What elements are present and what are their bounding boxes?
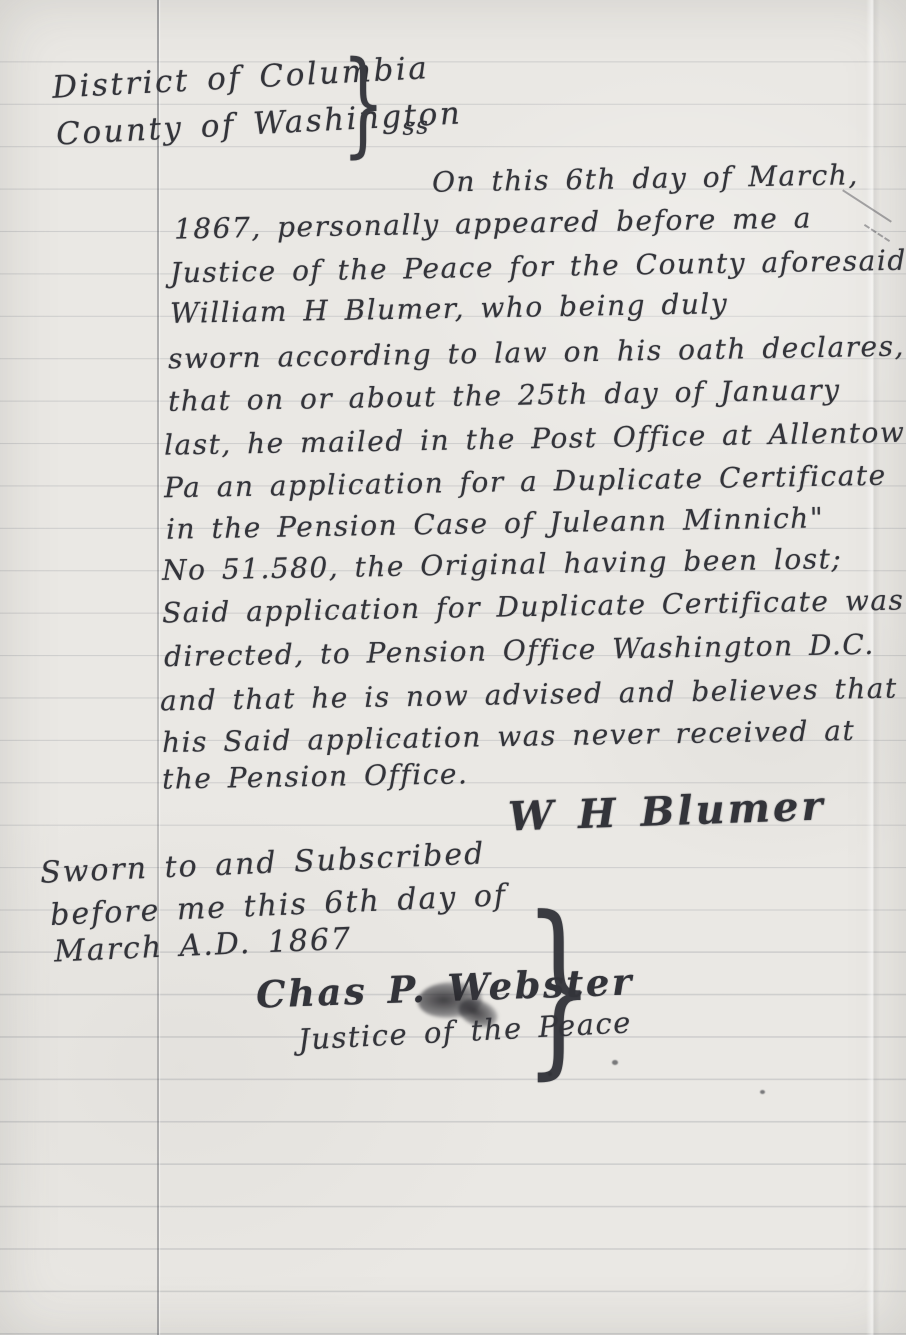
deponent-signature: W H Blumer (507, 782, 826, 840)
venue-brace: } (342, 46, 385, 159)
body-line: his Said application was never received … (162, 714, 856, 759)
body-line: and that he is now advised and believes … (160, 672, 898, 718)
body-line: On this 6th day of March, (432, 158, 859, 198)
venue-ss-mark: ss (401, 111, 431, 141)
body-line: William H Blumer, who being duly (170, 287, 729, 330)
body-line: the Pension Office. (162, 757, 469, 795)
ink-speck (548, 1072, 552, 1076)
ink-speck (612, 1060, 618, 1065)
body-line: sworn according to law on his oath decla… (168, 330, 905, 376)
fold-line (157, 0, 159, 1335)
body-line: Said application for Duplicate Certifica… (162, 584, 905, 630)
scanned-affidavit-page: District of Columbia County of Washingto… (0, 0, 906, 1335)
body-line: Justice of the Peace for the County afor… (170, 243, 906, 289)
body-line: Pa an application for a Duplicate Certif… (164, 459, 887, 505)
body-line: directed, to Pension Office Washington D… (164, 628, 875, 673)
right-crease (866, 0, 880, 1335)
body-line: that on or about the 25th day of January (168, 373, 841, 418)
ink-speck (760, 1090, 765, 1094)
body-line: No 51.580, the Original having been lost… (162, 542, 843, 587)
body-line: last, he mailed in the Post Office at Al… (164, 415, 906, 461)
body-line: 1867, personally appeared before me a (174, 201, 812, 245)
body-line: in the Pension Case of Juleann Minnich" (166, 501, 825, 545)
